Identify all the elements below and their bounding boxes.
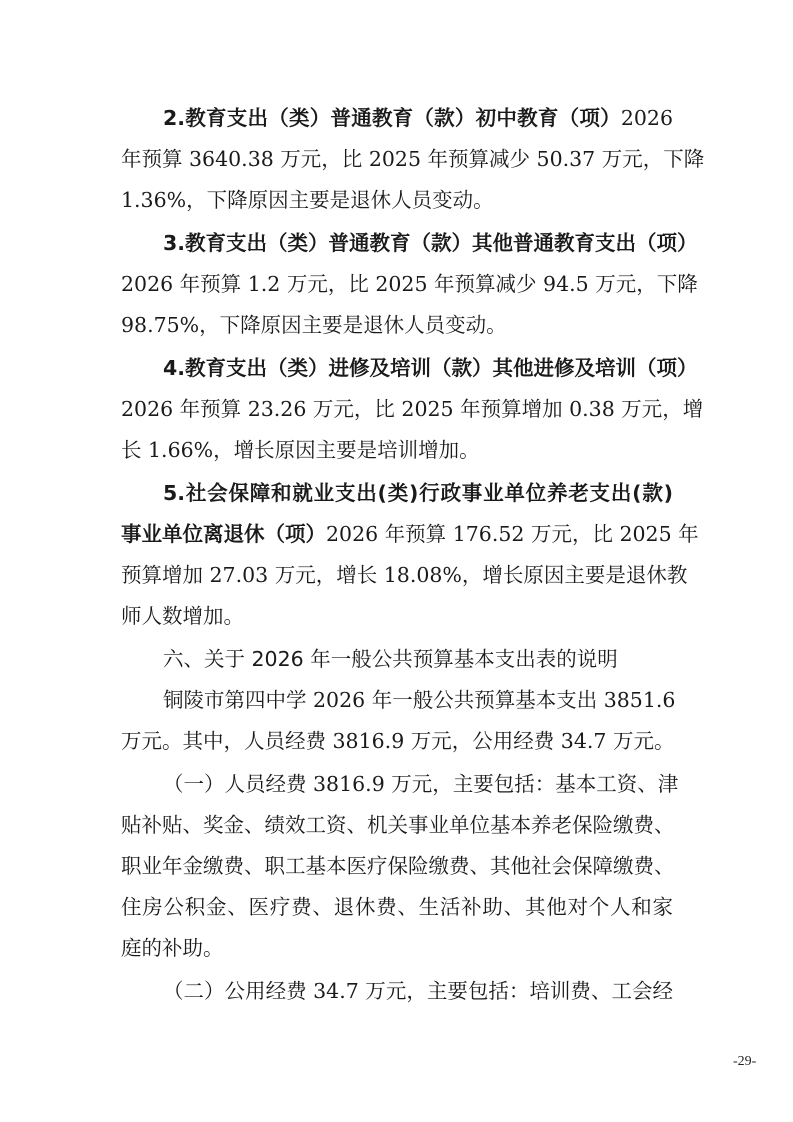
line-text: 庭的补助。: [121, 936, 224, 960]
paragraph-2-line-3: 1.36%，下降原因主要是退休人员变动。: [121, 185, 673, 215]
line-text: 预算增加 27.03 万元，增长 18.08%，增长原因主要是退休教: [121, 563, 687, 587]
paragraph-5-line-3: 预算增加 27.03 万元，增长 18.08%，增长原因主要是退休教: [121, 560, 673, 590]
paragraph-4-line-3: 长 1.66%，增长原因主要是培训增加。: [121, 435, 673, 465]
line-text: 住房公积金、医疗费、退休费、生活补助、其他对个人和家: [121, 895, 673, 919]
item-heading: 3.教育支出（类）普通教育（款）其他普通教育支出（项）: [163, 231, 698, 255]
item-heading: 2.教育支出（类）普通教育（款）初中教育（项）: [163, 106, 621, 130]
line-text: 98.75%，下降原因主要是退休人员变动。: [121, 313, 507, 337]
paragraph-3-line-1: 3.教育支出（类）普通教育（款）其他普通教育支出（项）: [163, 228, 673, 258]
line-text: 长 1.66%，增长原因主要是培训增加。: [121, 438, 480, 462]
summary-line-2: 万元。其中，人员经费 3816.9 万元，公用经费 34.7 万元。: [121, 726, 673, 756]
paragraph-3-line-2: 2026 年预算 1.2 万元，比 2025 年预算减少 94.5 万元，下降: [121, 269, 673, 299]
line-text: 2026: [621, 106, 673, 130]
line-text: 铜陵市第四中学 2026 年一般公共预算基本支出 3851.6: [163, 688, 675, 712]
personnel-line-2: 贴补贴、奖金、绩效工资、机关事业单位基本养老保险缴费、: [121, 810, 673, 840]
paragraph-5-line-2: 事业单位离退休（项）2026 年预算 176.52 万元，比 2025 年: [121, 519, 673, 549]
personnel-line-5: 庭的补助。: [121, 933, 673, 963]
line-text: 贴补贴、奖金、绩效工资、机关事业单位基本养老保险缴费、: [121, 813, 675, 837]
line-text: （一）人员经费 3816.9 万元，主要包括：基本工资、津: [163, 772, 678, 796]
line-text: 万元。其中，人员经费 3816.9 万元，公用经费 34.7 万元。: [121, 729, 674, 753]
line-text: 2026 年预算 23.26 万元，比 2025 年预算增加 0.38 万元，增: [121, 397, 703, 421]
paragraph-4-line-2: 2026 年预算 23.26 万元，比 2025 年预算增加 0.38 万元，增: [121, 394, 673, 424]
summary-line-1: 铜陵市第四中学 2026 年一般公共预算基本支出 3851.6: [163, 685, 673, 715]
paragraph-3-line-3: 98.75%，下降原因主要是退休人员变动。: [121, 310, 673, 340]
line-text: 职业年金缴费、职工基本医疗保险缴费、其他社会保障缴费、: [121, 854, 675, 878]
line-text: （二）公用经费 34.7 万元，主要包括：培训费、工会经: [163, 979, 673, 1003]
paragraph-2-line-1: 2.教育支出（类）普通教育（款）初中教育（项）2026: [163, 103, 673, 133]
paragraph-4-line-1: 4.教育支出（类）进修及培训（款）其他进修及培训（项）: [163, 353, 673, 383]
item-heading: 4.教育支出（类）进修及培训（款）其他进修及培训（项）: [163, 356, 698, 380]
paragraph-5-line-1: 5.社会保障和就业支出(类)行政事业单位养老支出(款): [163, 478, 673, 508]
line-text: 年预算 3640.38 万元，比 2025 年预算减少 50.37 万元，下降: [121, 147, 704, 171]
line-text: 2026 年预算 176.52 万元，比 2025 年: [326, 522, 699, 546]
paragraph-2-line-2: 年预算 3640.38 万元，比 2025 年预算减少 50.37 万元，下降: [121, 144, 673, 174]
paragraph-5-line-4: 师人数增加。: [121, 601, 673, 631]
document-page: 2.教育支出（类）普通教育（款）初中教育（项）2026 年预算 3640.38 …: [0, 0, 793, 1122]
line-text: 2026 年预算 1.2 万元，比 2025 年预算减少 94.5 万元，下降: [121, 272, 698, 296]
personnel-line-3: 职业年金缴费、职工基本医疗保险缴费、其他社会保障缴费、: [121, 851, 673, 881]
personnel-line-4: 住房公积金、医疗费、退休费、生活补助、其他对个人和家: [121, 892, 673, 922]
item-heading: 5.社会保障和就业支出(类)行政事业单位养老支出(款): [163, 481, 673, 505]
personnel-line-1: （一）人员经费 3816.9 万元，主要包括：基本工资、津: [163, 769, 673, 799]
page-number: -29-: [733, 1054, 756, 1070]
section-heading-text: 六、关于 2026 年一般公共预算基本支出表的说明: [163, 647, 618, 671]
section-6-heading: 六、关于 2026 年一般公共预算基本支出表的说明: [163, 644, 673, 674]
line-text: 1.36%，下降原因主要是退休人员变动。: [121, 188, 494, 212]
public-expense-line-1: （二）公用经费 34.7 万元，主要包括：培训费、工会经: [163, 976, 673, 1006]
item-heading: 事业单位离退休（项）: [121, 522, 326, 546]
line-text: 师人数增加。: [121, 604, 244, 628]
